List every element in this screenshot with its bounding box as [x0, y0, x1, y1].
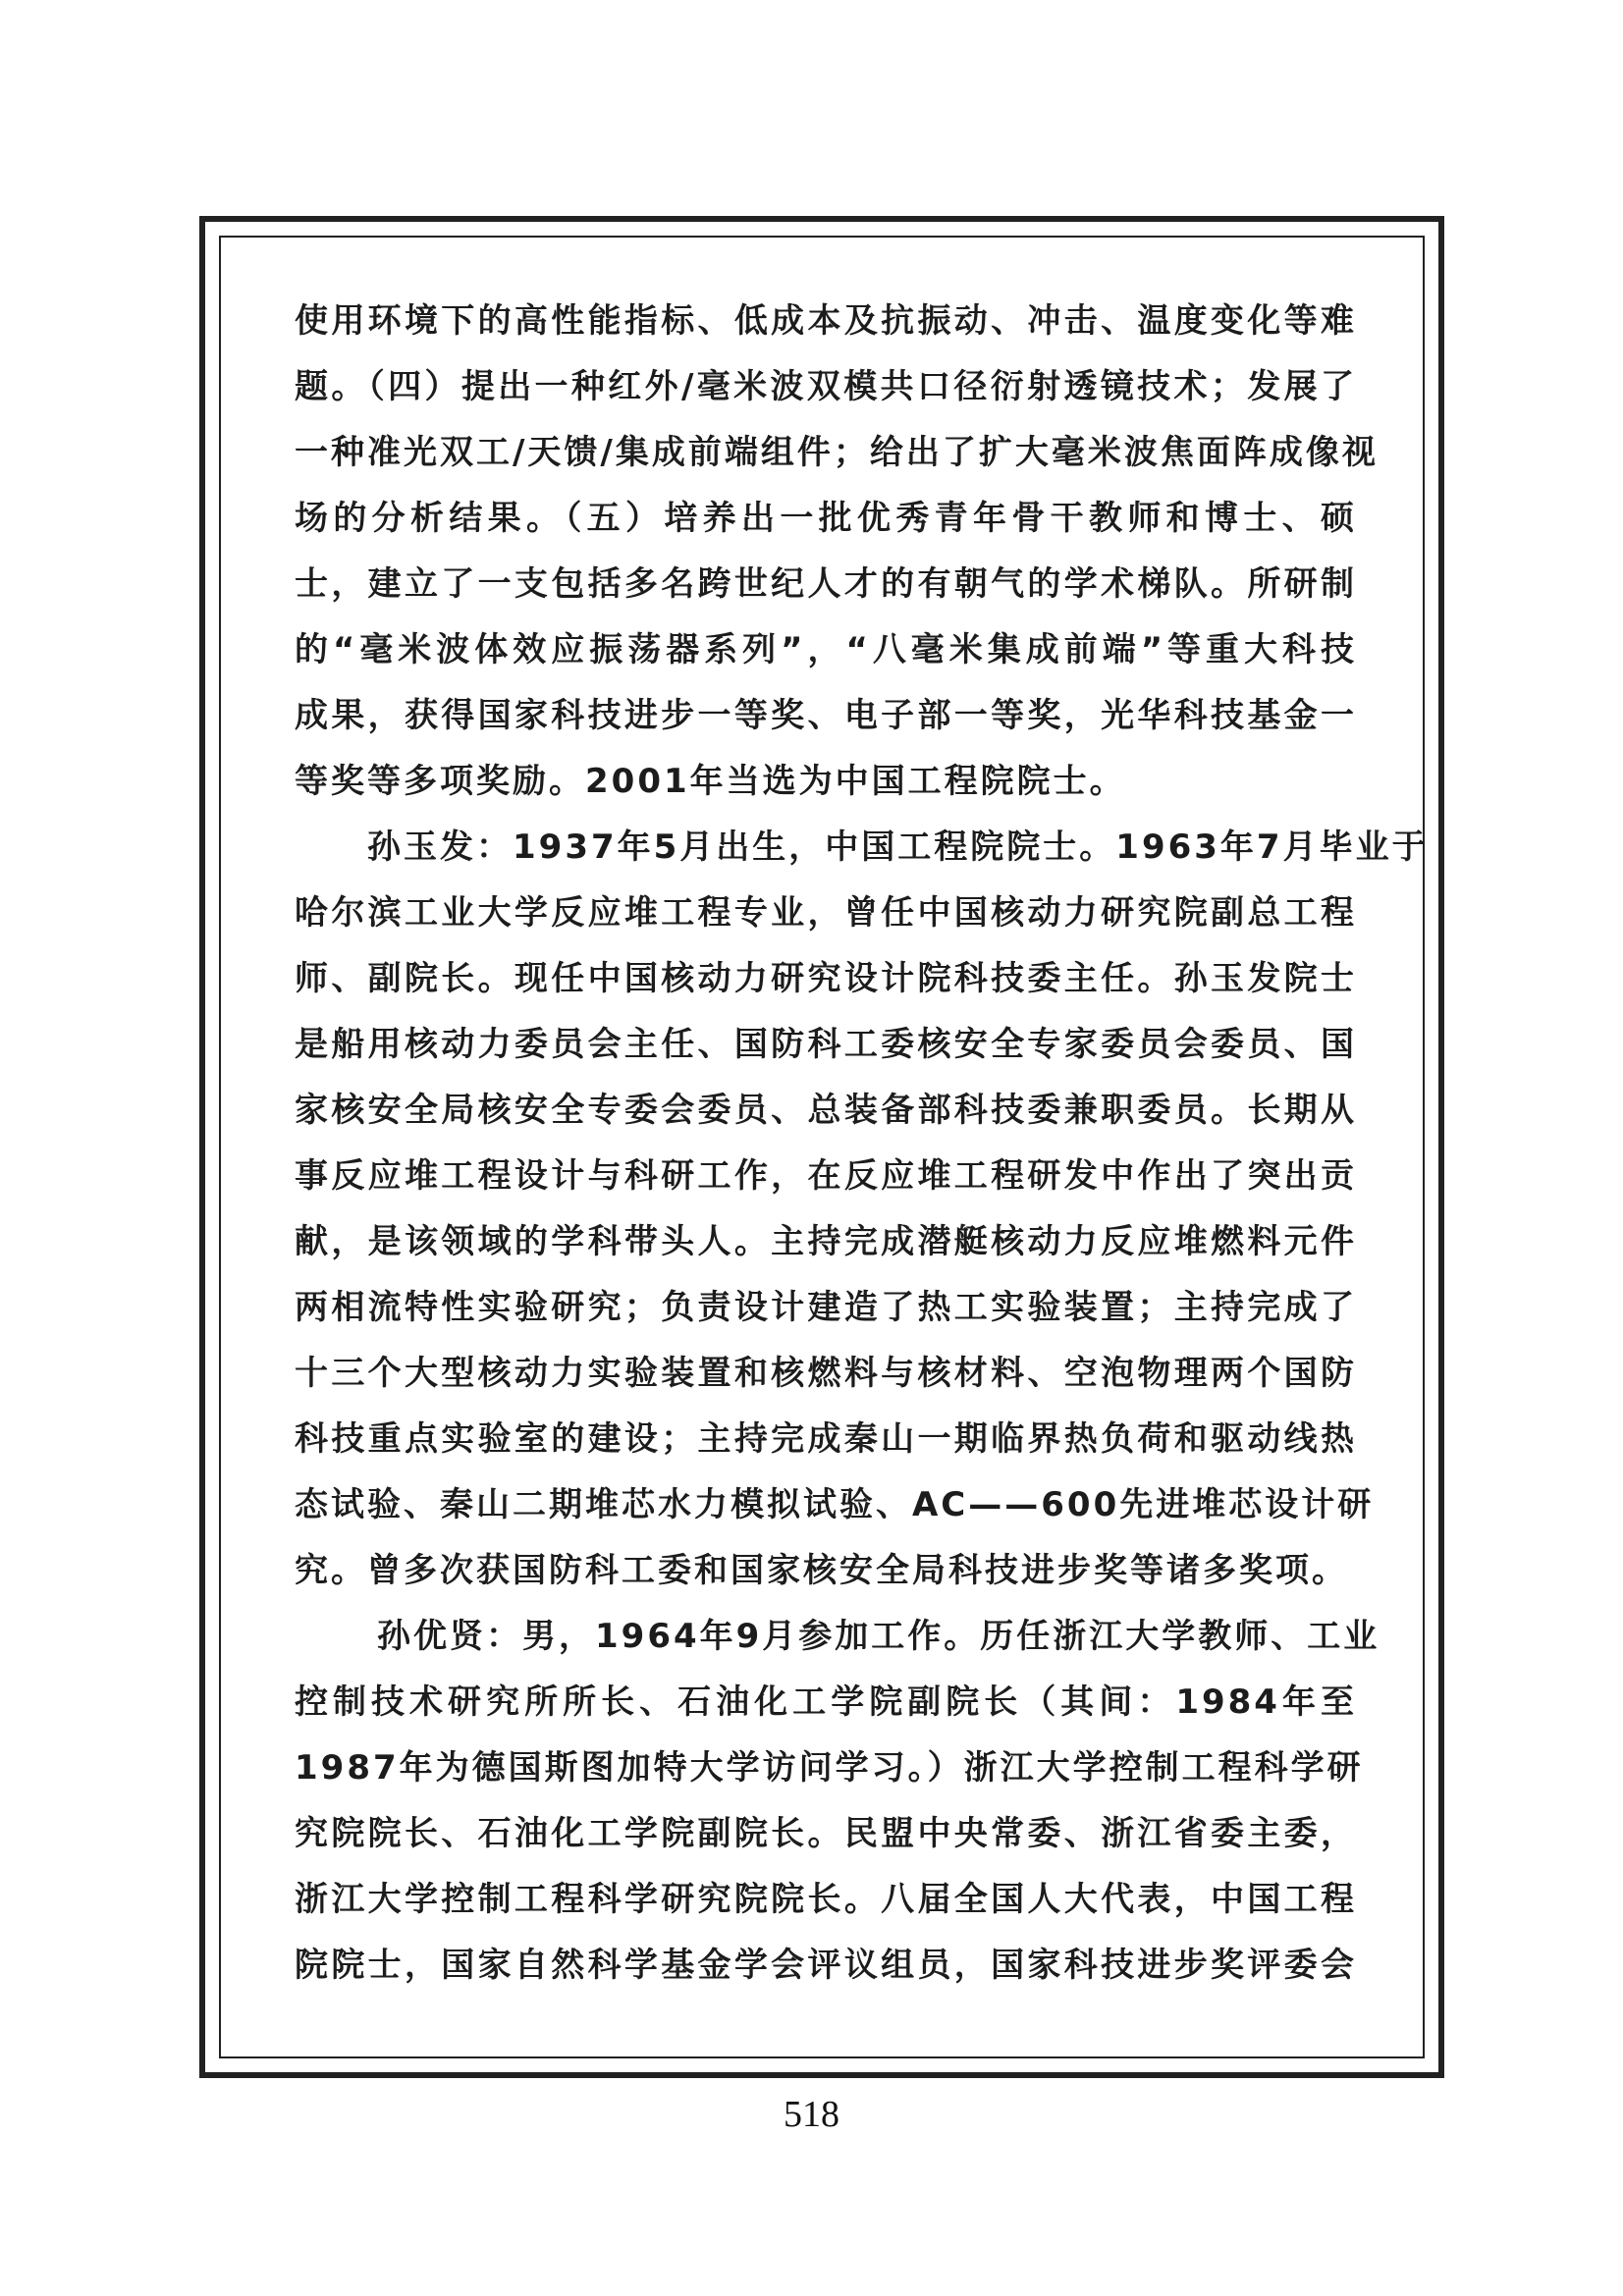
text-line: 哈尔滨工业大学反应堆工程专业，曾任中国核动力研究院副总工程 [295, 881, 1357, 946]
text-line-indented: 孙玉发：1937年5月出生，中国工程院院士。1963年7月毕业于 [295, 815, 1357, 881]
page-number: 518 [0, 2093, 1623, 2136]
text-line: 十三个大型核动力实验装置和核燃料与核材料、空泡物理两个国防 [295, 1341, 1357, 1407]
text-line: 成果，获得国家科技进步一等奖、电子部一等奖，光华科技基金一 [295, 683, 1357, 749]
text-line: 场的分析结果。（五）培养出一批优秀青年骨干教师和博士、硕 [295, 486, 1357, 552]
text-line: 究。曾多次获国防科工委和国家核安全局科技进步奖等诸多奖项。 [295, 1538, 1357, 1604]
text-line: 家核安全局核安全专委会委员、总装备部科技委兼职委员。长期从 [295, 1078, 1357, 1144]
paragraph-continuation: 使用环境下的高性能指标、低成本及抗振动、冲击、温度变化等难 题。（四）提出一种红… [295, 289, 1357, 815]
text-line: 浙江大学控制工程科学研究院院长。八届全国人大代表，中国工程 [295, 1867, 1357, 1933]
text-line-indented: 孙优贤：男，1964年9月参加工作。历任浙江大学教师、工业 [295, 1604, 1357, 1670]
page-outer-border: 使用环境下的高性能指标、低成本及抗振动、冲击、温度变化等难 题。（四）提出一种红… [199, 216, 1444, 2078]
text-line: 究院院长、石油化工学院副院长。民盟中央常委、浙江省委主委， [295, 1801, 1357, 1867]
text-line: 控制技术研究所所长、石油化工学院副院长（其间：1984年至 [295, 1670, 1357, 1735]
text-line: 题。（四）提出一种红外/毫米波双模共口径衍射透镜技术；发展了 [295, 354, 1357, 420]
text-line: 等奖等多项奖励。2001年当选为中国工程院院士。 [295, 749, 1357, 815]
text-line: 1987年为德国斯图加特大学访问学习。）浙江大学控制工程科学研 [295, 1735, 1357, 1801]
text-line: 使用环境下的高性能指标、低成本及抗振动、冲击、温度变化等难 [295, 289, 1357, 354]
text-line: 两相流特性实验研究；负责设计建造了热工实验装置；主持完成了 [295, 1275, 1357, 1341]
text-line: 科技重点实验室的建设；主持完成秦山一期临界热负荷和驱动线热 [295, 1407, 1357, 1472]
text-line: 是船用核动力委员会主任、国防科工委核安全专家委员会委员、国 [295, 1012, 1357, 1078]
text-line: 态试验、秦山二期堆芯水力模拟试验、AC——600先进堆芯设计研 [295, 1472, 1357, 1538]
page-body: 使用环境下的高性能指标、低成本及抗振动、冲击、温度变化等难 题。（四）提出一种红… [295, 289, 1357, 1999]
text-line: 一种准光双工/天馈/集成前端组件；给出了扩大毫米波焦面阵成像视 [295, 420, 1357, 486]
text-line: 士，建立了一支包括多名跨世纪人才的有朝气的学术梯队。所研制 [295, 552, 1357, 617]
text-line: 师、副院长。现任中国核动力研究设计院科技委主任。孙玉发院士 [295, 946, 1357, 1012]
paragraph-sun-youxian: 孙优贤：男，1964年9月参加工作。历任浙江大学教师、工业 控制技术研究所所长、… [295, 1604, 1357, 1999]
text-line: 献，是该领域的学科带头人。主持完成潜艇核动力反应堆燃料元件 [295, 1209, 1357, 1275]
text-line: 院院士，国家自然科学基金学会评议组员，国家科技进步奖评委会 [295, 1933, 1357, 1999]
text-line: 事反应堆工程设计与科研工作，在反应堆工程研发中作出了突出贡 [295, 1144, 1357, 1209]
text-line: 的“毫米波体效应振荡器系列”，“八毫米集成前端”等重大科技 [295, 617, 1357, 683]
paragraph-sun-yufa: 孙玉发：1937年5月出生，中国工程院院士。1963年7月毕业于 哈尔滨工业大学… [295, 815, 1357, 1604]
